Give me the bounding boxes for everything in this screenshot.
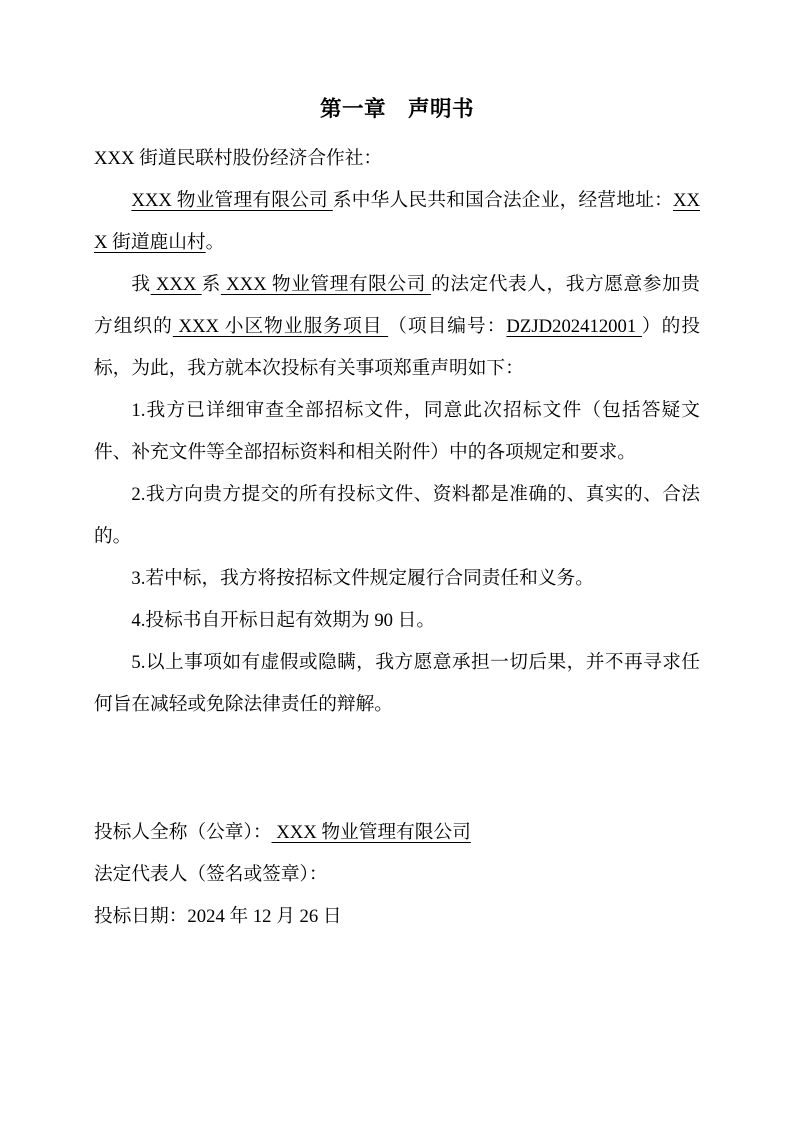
text-run: 2.我方向贵方提交的所有投标文件、资料都是准确的、真实的、合法的。 bbox=[94, 484, 700, 547]
signature-block: 投标人全称（公章）： XXX 物业管理有限公司 法定代表人（签名或签章）：投标日… bbox=[94, 812, 700, 938]
paragraph: XXX 物业管理有限公司 系中华人民共和国合法企业，经营地址：XXX 街道鹿山村… bbox=[94, 180, 700, 264]
paragraph: 我 XXX 系 XXX 物业管理有限公司 的法定代表人，我方愿意参加贵方组织的 … bbox=[94, 264, 700, 390]
text-run: 。 bbox=[206, 232, 225, 253]
underlined-fill-in-text: XXX 小区物业服务项目 bbox=[173, 316, 388, 337]
text-run: 我 bbox=[131, 274, 150, 295]
text-run: 1.我方已详细审查全部招标文件，同意此次招标文件（包括答疑文件、补充文件等全部招… bbox=[94, 400, 700, 463]
text-run: 系 bbox=[202, 274, 221, 295]
paragraph: 3.若中标，我方将按招标文件规定履行合同责任和义务。 bbox=[94, 558, 700, 600]
signature-line: 法定代表人（签名或签章）： bbox=[94, 854, 700, 896]
text-run: 法定代表人（签名或签章）： bbox=[94, 864, 328, 885]
text-run: 投标日期：2024 年 12 月 26 日 bbox=[94, 906, 342, 927]
underlined-fill-in-text: XXX 物业管理有限公司 bbox=[272, 822, 471, 843]
text-run: 3.若中标，我方将按招标文件规定履行合同责任和义务。 bbox=[131, 568, 594, 589]
document-title: 第一章 声明书 bbox=[94, 88, 700, 130]
signature-line: 投标日期：2024 年 12 月 26 日 bbox=[94, 896, 700, 938]
underlined-fill-in-text: XXX 物业管理有限公司 bbox=[131, 190, 332, 211]
text-run: 投标人全称（公章）： bbox=[94, 822, 272, 843]
document-body: XXX 街道民联村股份经济合作社： XXX 物业管理有限公司 系中华人民共和国合… bbox=[94, 138, 700, 726]
underlined-fill-in-text: XXX 物业管理有限公司 bbox=[221, 274, 431, 295]
signature-line: 投标人全称（公章）： XXX 物业管理有限公司 bbox=[94, 812, 700, 854]
paragraph: 4.投标书自开标日起有效期为 90 日。 bbox=[94, 600, 700, 642]
text-run: 4.投标书自开标日起有效期为 90 日。 bbox=[131, 610, 435, 631]
document-page: 第一章 声明书 XXX 街道民联村股份经济合作社： XXX 物业管理有限公司 系… bbox=[0, 0, 793, 1122]
text-run: （项目编号： bbox=[388, 316, 506, 337]
text-run: 系中华人民共和国合法企业，经营地址： bbox=[333, 190, 673, 211]
text-run: XXX 街道民联村股份经济合作社： bbox=[94, 148, 382, 169]
paragraph: 2.我方向贵方提交的所有投标文件、资料都是准确的、真实的、合法的。 bbox=[94, 474, 700, 558]
paragraph: 1.我方已详细审查全部招标文件，同意此次招标文件（包括答疑文件、补充文件等全部招… bbox=[94, 390, 700, 474]
underlined-fill-in-text: XXX bbox=[151, 274, 202, 295]
underlined-fill-in-text: DZJD202412001 bbox=[506, 316, 641, 337]
text-run: 5.以上事项如有虚假或隐瞒，我方愿意承担一切后果，并不再寻求任何旨在减轻或免除法… bbox=[94, 652, 700, 715]
paragraph: XXX 街道民联村股份经济合作社： bbox=[94, 138, 700, 180]
paragraph: 5.以上事项如有虚假或隐瞒，我方愿意承担一切后果，并不再寻求任何旨在减轻或免除法… bbox=[94, 642, 700, 726]
